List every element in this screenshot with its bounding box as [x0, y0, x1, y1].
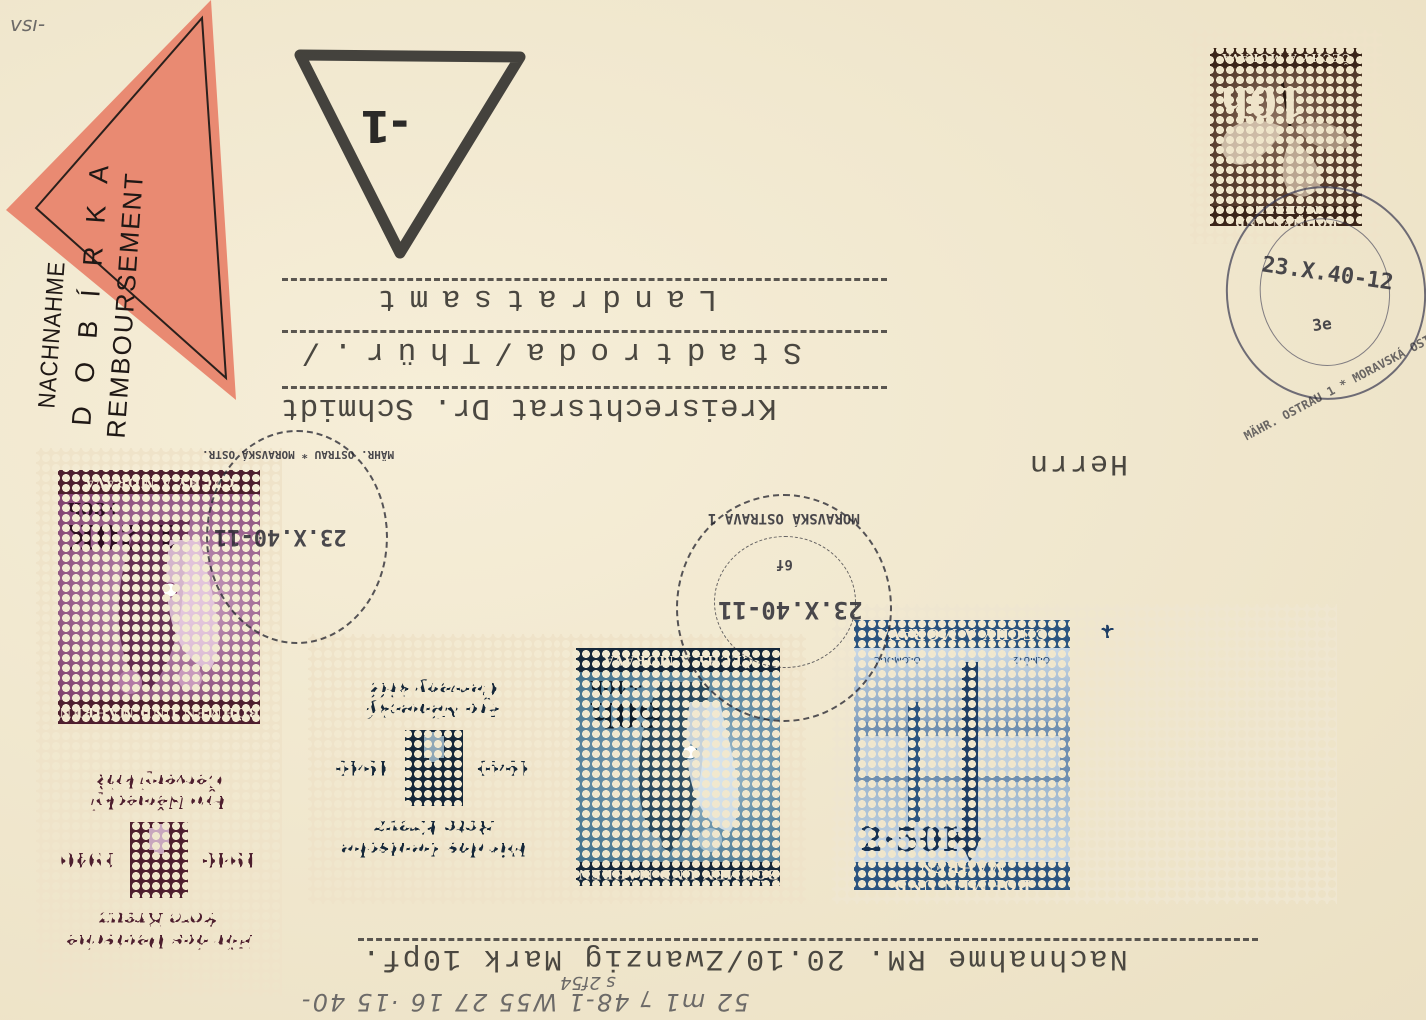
- stamp-60h-surcharge: +40h: [590, 676, 643, 697]
- address-underline-2: [282, 330, 887, 333]
- address-underline-3: [282, 386, 887, 389]
- address-line-stadtroda: Stadtroda/Thür./: [288, 334, 802, 369]
- red-cross-eagle-icon: [401, 726, 467, 810]
- stamp-250k-olomouc: BÖHMEN UND MÄHREN OLMÜTZ OLOMOUC 2·50K Č…: [832, 604, 1337, 904]
- stamp-120k-bottom-text: BÖHMEN UND MÄHREN: [58, 700, 260, 724]
- nachnahme-amount-line: Nachnahme RM. 20.10/Zwanzig Mark 10pf.: [360, 941, 1128, 975]
- vignette-blue-line-2: Rote Kreuz: [374, 816, 493, 838]
- address-line-kreisrechtsrat: Kreisrechtsrat Dr. Schmidt: [280, 390, 777, 425]
- triangle-postage-due-mark: [290, 45, 530, 265]
- vignette-blue-line-1: Für das Deutsche: [341, 838, 527, 860]
- postmark-center-ring: MORAVSKÁ OSTRAVA 1: [708, 510, 860, 526]
- vignette-blue-line-4: Červený kříž: [371, 678, 497, 699]
- nachnahme-label-text: NACHNAHME D O B Í R K A REMBOURSEMENT: [32, 103, 205, 443]
- address-salutation: Herrn: [1028, 446, 1128, 480]
- stamp-60h-value: 60h: [590, 694, 662, 734]
- triangle-mark-value: -1: [360, 100, 409, 151]
- handwritten-note-bottom-small: s 2f54: [560, 972, 616, 993]
- red-cross-eagle-icon: [126, 818, 192, 902]
- sheet-margin-star-icon: ✱: [1100, 622, 1115, 643]
- postmark-left-ring: MÄHR. OSTRAU * MORAVSKÁ OSTR.: [202, 448, 394, 461]
- vignette-purple-line-4: Červený kříž: [96, 770, 222, 791]
- postmark-right-code: 3e: [1311, 314, 1333, 335]
- postmark-left-date: 23.X.40-11: [214, 524, 346, 549]
- vignette-purple-line-1: Für das Deutsche: [66, 930, 252, 952]
- vignette-blue-year-right: 1940: [335, 756, 391, 780]
- vignette-red-cross-blue: Für das Deutsche Rote Kreuz 1940 1940 Pr…: [308, 634, 560, 904]
- postmark-left: 23.X.40-11 MÄHR. OSTRAU * MORAVSKÁ OSTR.: [206, 430, 388, 644]
- vignette-red-cross-purple: Für das Deutsche Rote Kreuz 1940 1940 Pr…: [36, 726, 282, 996]
- postmark-center-code: 6f: [776, 556, 793, 572]
- vignette-purple-year-right: 1940: [60, 848, 116, 872]
- stamp-250k-bottom-text: BÖHMEN UND MÄHREN: [854, 862, 1070, 890]
- address-line-landratsamt: Landratsamt: [364, 281, 717, 316]
- stamp-250k-value: 2·50K: [860, 820, 972, 860]
- stamp-10h-top-text: ČECHY A MORAVA: [1210, 48, 1362, 68]
- vignette-blue-year-left: 1940: [477, 756, 533, 780]
- stamp-120k-surcharge: +80h: [68, 498, 121, 519]
- vignette-purple-line-2: Rote Kreuz: [99, 908, 218, 930]
- vignette-purple-line-3: Pro Německý: [92, 791, 226, 812]
- stamp-10h-value: 10h: [1220, 78, 1305, 125]
- vignette-blue-line-3: Pro Německý: [367, 699, 501, 720]
- stamp-250k-caption-left: OLMÜTZ: [1012, 654, 1050, 664]
- postmark-center: 23.X.40-11 6f MORAVSKÁ OSTRAVA 1: [676, 494, 892, 722]
- vignette-purple-year-left: 1940: [202, 848, 258, 872]
- stamp-120k-value: 1·20K: [66, 516, 178, 556]
- handwritten-note-bottom: 52 m1 ⁊ 48-1 W55 27 16 ·15 40-: [300, 988, 749, 1016]
- stamp-60h-bottom-text: BÖHMEN UND MÄHREN: [576, 862, 780, 886]
- postmark-center-date: 23.X.40-11: [718, 596, 863, 624]
- postal-cover: vsı- NACHNAHME D O B Í R K A REMBOURSEME…: [0, 0, 1426, 1020]
